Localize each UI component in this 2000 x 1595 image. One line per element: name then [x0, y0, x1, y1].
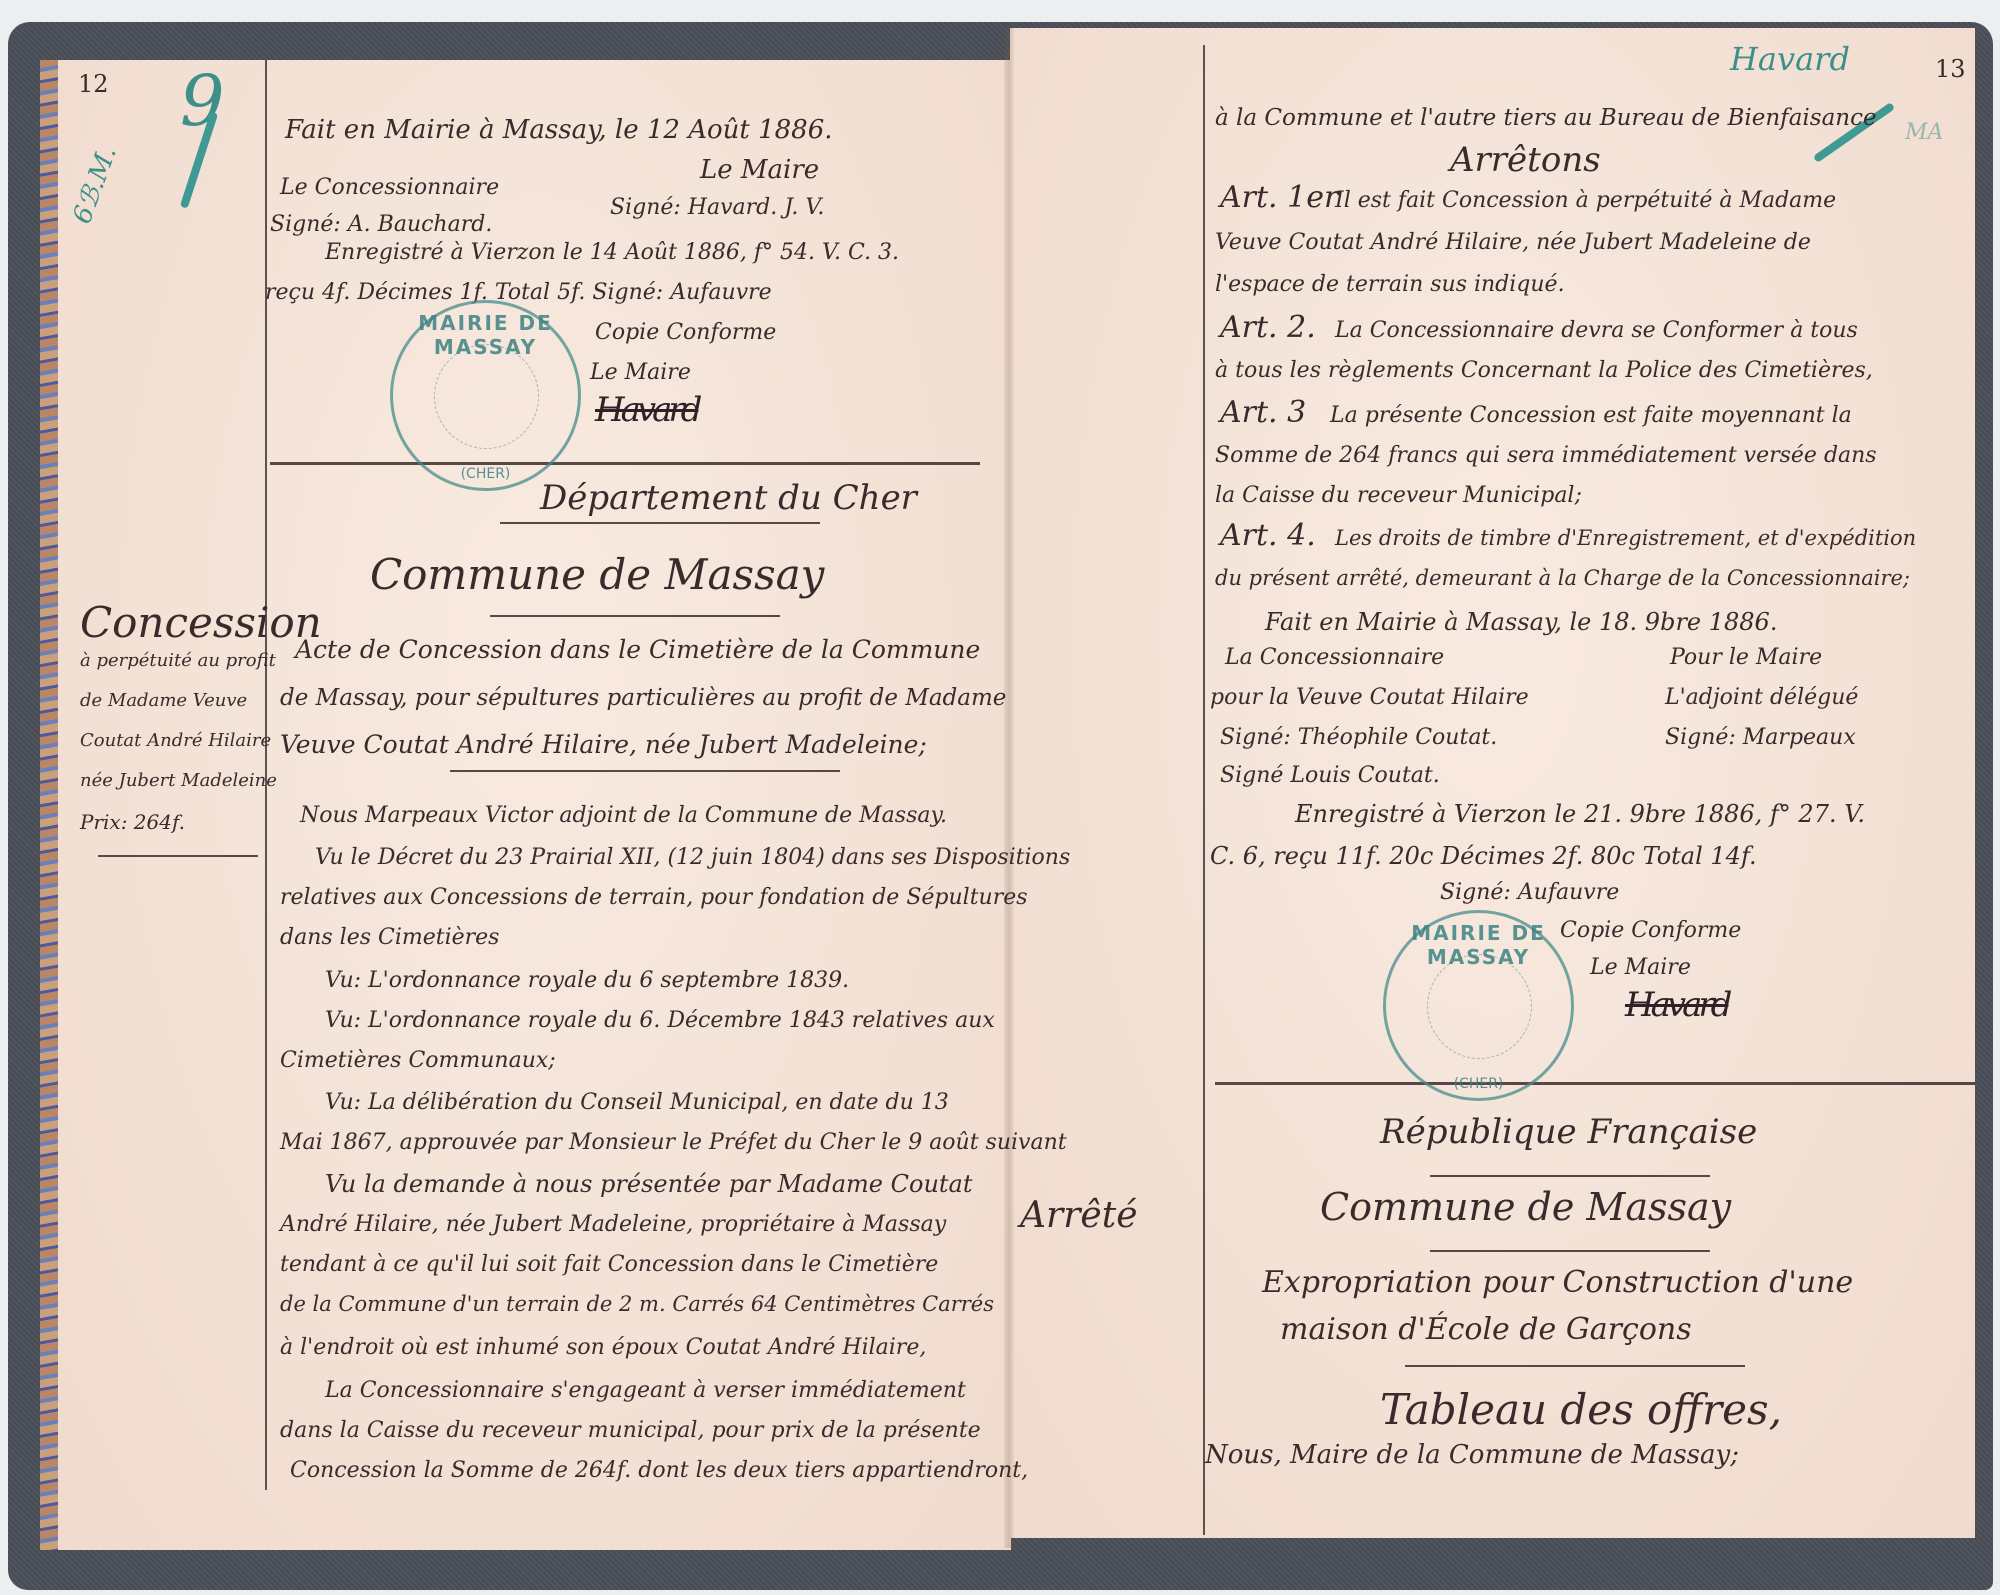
subject-line: Expropriation pour Construction d'une: [1262, 1265, 1853, 1300]
commune-underline-right: [1430, 1250, 1710, 1252]
article-label: Art. 2.: [1220, 310, 1316, 345]
margin-note-line: Prix: 264f.: [80, 810, 185, 834]
dept-underline: [500, 522, 820, 524]
top-entry-line: Le Maire: [700, 155, 819, 185]
body-line: dans les Cimetières: [280, 925, 499, 950]
act-title-line: Veuve Coutat André Hilaire, née Jubert M…: [280, 730, 927, 759]
top-entry-line: Le Concessionnaire: [280, 175, 499, 200]
registration-signed: Signé: Aufauvre: [1440, 880, 1619, 905]
body-line: Mai 1867, approuvée par Monsieur le Préf…: [280, 1130, 1067, 1155]
page-number-right: 13: [1935, 55, 1966, 83]
right-sig-line: Pour le Maire: [1670, 645, 1822, 670]
article-line: Il est fait Concession à perpétuité à Ma…: [1335, 188, 1836, 213]
top-entry-line: Fait en Mairie à Massay, le 12 Août 1886…: [285, 115, 833, 145]
body-line: Cimetières Communaux;: [280, 1048, 556, 1073]
margin-note-line: à perpétuité au profit: [80, 650, 276, 671]
left-sig-line: Signé Louis Coutat.: [1220, 763, 1440, 788]
registration-line: C. 6, reçu 11f. 20c Décimes 2f. 80c Tota…: [1210, 842, 1757, 870]
body-line: Vu la demande à nous présentée par Madam…: [325, 1170, 973, 1198]
margin-note-line: Coutat André Hilaire: [80, 730, 271, 751]
article-line: du présent arrêté, demeurant à la Charge…: [1215, 566, 1910, 590]
margin-note-underline: [98, 855, 258, 857]
continuation-line: à la Commune et l'autre tiers au Bureau …: [1215, 105, 1877, 131]
right-sig-line: Signé: Marpeaux: [1665, 725, 1856, 750]
subject-underline: [1405, 1365, 1745, 1367]
arrete-margin-note: Arrêté: [1020, 1195, 1138, 1236]
act-title-line: Acte de Concession dans le Cimetière de …: [295, 635, 980, 664]
republic-underline: [1430, 1175, 1710, 1177]
left-separator-rule: [270, 462, 980, 465]
article-line: La Concessionnaire devra se Conformer à …: [1335, 318, 1858, 343]
marbled-page-edge: [40, 60, 58, 1550]
left-sig-line: La Concessionnaire: [1225, 645, 1444, 670]
mayor-signature: Havard: [595, 390, 698, 430]
commune-underline: [490, 615, 780, 617]
margin-note-line: née Jubert Madeleine: [80, 770, 277, 791]
annotation-teal-ma: MA: [1905, 120, 1943, 145]
mayor-label: Le Maire: [1590, 955, 1691, 980]
body-line: relatives aux Concessions de terrain, po…: [280, 885, 1028, 910]
top-entry-line: Enregistré à Vierzon le 14 Août 1886, f°…: [325, 240, 899, 265]
top-entry-line: Copie Conforme: [595, 320, 776, 345]
opening-line: Nous, Maire de la Commune de Massay;: [1205, 1440, 1739, 1470]
article-line: la Caisse du receveur Municipal;: [1215, 483, 1582, 508]
annotation-teal-havard: Havard: [1730, 40, 1850, 78]
top-entry-line: Le Maire: [590, 360, 691, 385]
body-line: André Hilaire, née Jubert Madeleine, pro…: [280, 1212, 946, 1237]
body-line: Vu: L'ordonnance royale du 6. Décembre 1…: [325, 1008, 995, 1033]
annotation-teal-9: 9: [180, 60, 225, 142]
act-title-underline: [450, 770, 840, 772]
article-line: Somme de 264 francs qui sera immédiateme…: [1215, 443, 1877, 468]
left-sig-line: Signé: Théophile Coutat.: [1220, 725, 1497, 750]
left-sig-line: pour la Veuve Coutat Hilaire: [1210, 685, 1529, 710]
margin-note-line: de Madame Veuve: [80, 690, 247, 711]
top-entry-line: Signé: A. Bauchard.: [270, 212, 492, 237]
right-separator-rule: [1215, 1082, 1975, 1085]
arretons-heading: Arrêtons: [1450, 140, 1601, 180]
top-entry-line: Signé: Havard. J. V.: [610, 195, 824, 220]
republic-heading: République Française: [1380, 1112, 1757, 1152]
body-line: à l'endroit où est inhumé son époux Cout…: [280, 1335, 926, 1360]
body-line: Vu: La délibération du Conseil Municipal…: [325, 1090, 949, 1115]
body-line: Nous Marpeaux Victor adjoint de la Commu…: [300, 803, 947, 828]
stamp-liberty-figure: [1427, 954, 1533, 1060]
right-sig-line: L'adjoint délégué: [1665, 685, 1858, 710]
article-line: l'espace de terrain sus indiqué.: [1215, 272, 1565, 297]
article-line: Les droits de timbre d'Enregistrement, e…: [1335, 526, 1916, 550]
copy-conforme: Copie Conforme: [1560, 918, 1741, 943]
body-line: Concession la Somme de 264f. dont les de…: [290, 1458, 1028, 1483]
article-label: Art. 3: [1220, 395, 1306, 430]
body-line: de la Commune d'un terrain de 2 m. Carré…: [280, 1292, 994, 1316]
subject-line: maison d'École de Garçons: [1280, 1312, 1692, 1347]
mairie-stamp-left: MAIRIE DE MASSAY (CHER): [390, 300, 581, 491]
article-line: Veuve Coutat André Hilaire, née Jubert M…: [1215, 230, 1811, 255]
body-line: dans la Caisse du receveur municipal, po…: [280, 1418, 981, 1443]
commune-heading-right: Commune de Massay: [1320, 1185, 1731, 1229]
body-line: Vu: L'ordonnance royale du 6 septembre 1…: [325, 968, 849, 993]
registration-line: Enregistré à Vierzon le 21. 9bre 1886, f…: [1295, 800, 1865, 828]
article-label: Art. 4.: [1220, 518, 1316, 553]
article-line: à tous les règlements Concernant la Poli…: [1215, 358, 1873, 383]
closing-date: Fait en Mairie à Massay, le 18. 9bre 188…: [1265, 608, 1777, 636]
article-label: Art. 1er: [1220, 180, 1338, 215]
table-title: Tableau des offres,: [1380, 1385, 1782, 1434]
stamp-sub: (CHER): [1386, 1076, 1571, 1092]
department-heading: Département du Cher: [540, 478, 917, 518]
right-margin-rule: [1203, 45, 1205, 1535]
body-line: tendant à ce qu'il lui soit fait Concess…: [280, 1252, 938, 1277]
mayor-signature: Havard: [1625, 985, 1728, 1025]
act-title-line: de Massay, pour sépultures particulières…: [280, 685, 1006, 711]
top-entry-line: reçu 4f. Décimes 1f. Total 5f. Signé: Au…: [265, 280, 772, 305]
commune-heading: Commune de Massay: [370, 550, 824, 599]
mairie-stamp-right: MAIRIE DE MASSAY (CHER): [1383, 910, 1574, 1101]
margin-note-title: Concession: [80, 598, 322, 647]
stamp-liberty-figure: [434, 344, 540, 450]
article-line: La présente Concession est faite moyenna…: [1330, 403, 1852, 428]
body-line: La Concessionnaire s'engageant à verser …: [325, 1378, 966, 1403]
body-line: Vu le Décret du 23 Prairial XII, (12 jui…: [315, 845, 1070, 870]
page-number-left: 12: [78, 70, 109, 98]
book-gutter: [1004, 28, 1014, 1548]
